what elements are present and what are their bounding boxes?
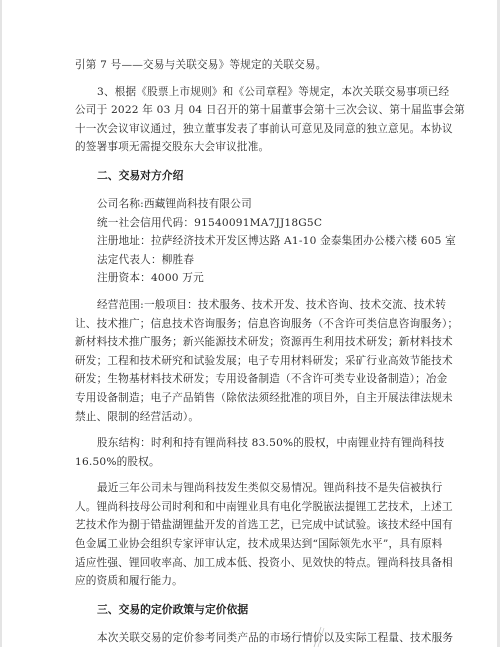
field-legal-representative: 法定代表人：柳胜春	[75, 251, 425, 270]
section3-line-1: 本次关联交易的定价参考同类产品的市场行情价以及实际工程量、技术服务	[75, 629, 425, 647]
section2-heading: 二、交易对方介绍	[75, 167, 425, 185]
field-credit-code: 统一社会信用代码：91540091MA7JJ18G5C	[75, 214, 425, 233]
section3-heading: 三、交易的定价政策与定价依据	[75, 601, 425, 619]
background-line-2: 人。锂尚科技母公司时利和和中南锂业具有电化学脱嵌法提锂工艺技术，上述工	[75, 498, 425, 517]
field-company-name: 公司名称:西藏锂尚科技有限公司	[75, 195, 425, 214]
item3-line-4: 的签署事项无需提交股东大会审议批准。	[75, 138, 425, 157]
signature-stroke-mark	[312, 626, 326, 647]
field-registered-address: 注册地址：拉萨经济技术开发区博达路 A1-10 金泰集团办公楼六楼 605 室	[75, 232, 425, 251]
background-line-4: 色金属工业协会组织专家评审认定，技术成果达到“国际领先水平”，具有原料	[75, 535, 425, 554]
document-body: 引第 7 号——交易与关联交易》等规定的关联交易。 3、根据《股票上市规则》和《…	[75, 56, 425, 647]
business-scope-line-7: 禁止、限制的经营活动）。	[75, 408, 425, 427]
business-scope-line-3: 新材料技术推广服务；新兴能源技术研发；资源再生利用技术研发；新材料技术	[75, 333, 425, 352]
business-scope-line-5: 研发；生物基材料技术研发；专用设备制造（不含许可类专业设备制造）；冶金	[75, 370, 425, 389]
background-line-6: 应的资质和履行能力。	[75, 572, 425, 591]
page-edge-left	[0, 0, 2, 647]
background-line-5: 适应性强、锂回收率高、加工成本低、投资小、见效快的特点。锂尚科技具备相	[75, 554, 425, 573]
item3-line-3: 十一次会议审议通过，独立董事发表了事前认可意见及同意的独立意见。本协议	[75, 120, 425, 139]
item3-line-2: 公司于 2022 年 03 月 04 日召开的第十届董事会第十三次会议、第十届监…	[75, 101, 425, 120]
shareholder-line-1: 股东结构：时利和持有锂尚科技 83.50%的股权，中南锂业持有锂尚科技	[75, 434, 425, 453]
business-scope-line-2: 让、技术推广；信息技术咨询服务；信息咨询服务（不含许可类信息咨询服务）；	[75, 315, 425, 334]
background-line-3: 艺技术作为捌于错盐湖锂盐开发的首选工艺，已完成中试试验。该技术经中国有	[75, 516, 425, 535]
background-line-1: 最近三年公司未与锂尚科技发生类似交易情况。锂尚科技不是失信被执行	[75, 479, 425, 498]
shareholder-line-2: 16.50%的股权。	[75, 453, 425, 472]
business-scope-line-6: 专用设备制造；电子产品销售（除依法须经批准的项目外，自主开展法律法规未	[75, 389, 425, 408]
business-scope-line-1: 经营范围:一般项目：技术服务、技术开发、技术咨询、技术交流、技术转	[75, 296, 425, 315]
field-registered-capital: 注册资本：4000 万元	[75, 269, 425, 288]
continuation-line: 引第 7 号——交易与关联交易》等规定的关联交易。	[75, 56, 425, 75]
item3-line-1: 3、根据《股票上市规则》和《公司章程》等规定，本次关联交易事项已经	[75, 83, 425, 102]
business-scope-line-4: 研发；工程和技术研究和试验发展；电子专用材料研发；采矿行业高效节能技术	[75, 352, 425, 371]
